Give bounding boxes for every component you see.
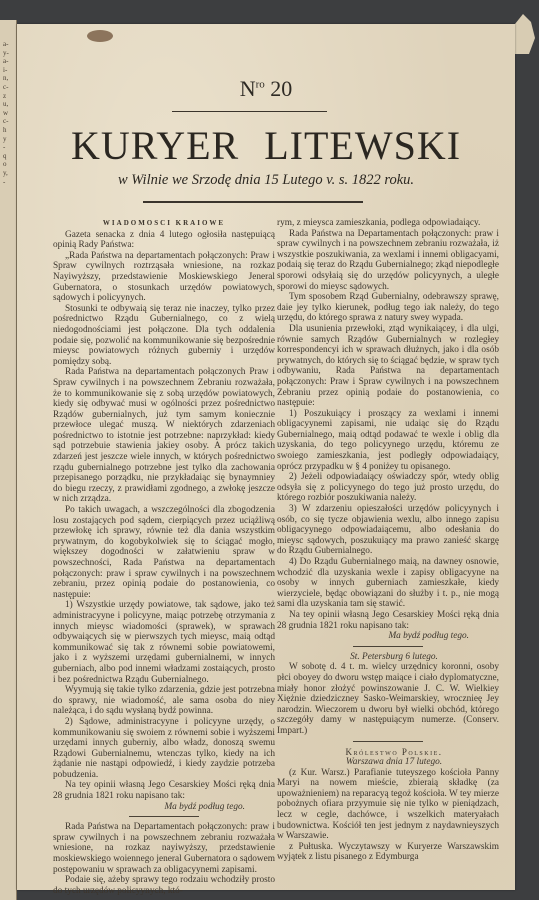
article-paragraph: Gazeta senacka z dnia 4 lutego ogłosiła …: [53, 230, 275, 251]
article-paragraph: 1) Poszukuiący i proszący za wexlami i i…: [277, 409, 499, 473]
right-column: rym, z mieysca zamieszkania, podlega odp…: [277, 218, 499, 863]
article-paragraph: Wyymują się takie tylko zdarzenia, gdzie…: [53, 685, 275, 717]
article-paragraph: 1) Wszystkie urzędy powiatowe, tak sądow…: [53, 600, 275, 685]
article-paragraph: 4) Do Rządu Gubernialnego maią, na dawne…: [277, 557, 499, 610]
article-paragraph: Podaie się, ażeby sprawy tego rodzaiu wc…: [53, 875, 275, 896]
article-paragraph: (z Kur. Warsz.) Parafianie tuteyszego ko…: [277, 768, 499, 842]
article-paragraph: 2) Sądowe, administracyyne i policyyne u…: [53, 717, 275, 781]
imperial-note: Na tey opinii własną Jego Cesarskiey Moś…: [53, 780, 275, 801]
article-separator: [129, 816, 199, 817]
petersburg-article: W sobotę d. 4 t. m. wielcy urzędnicy kor…: [277, 662, 499, 736]
article-paragraph: 3) W zdarzeniu opieszałości urzędów poli…: [277, 504, 499, 557]
article-paragraph: Po takich uwagach, a wszczególności dla …: [53, 505, 275, 600]
article-paragraph: Rada Państwa na departamentach połączony…: [53, 367, 275, 505]
imperial-signature: Ma bydź podług tego.: [53, 802, 275, 813]
masthead-rule-top: [172, 111, 327, 112]
petersburg-dateline: St. Petersburg 6 lutego.: [277, 652, 499, 663]
article-paragraph: Stosunki te odbywaią się teraz nie inacz…: [53, 304, 275, 368]
article-paragraph: Tym sposobem Rząd Gubernialny, odebrawsz…: [277, 292, 499, 324]
newspaper-page: Nro 20 KURYER LITEWSKI w Wilnie we Srzod…: [17, 24, 515, 890]
article-paragraph: Rada Państwa na Departamentach połączony…: [277, 229, 499, 293]
issue-number: Nro 20: [17, 76, 515, 102]
article-separator: [353, 741, 423, 742]
issue-number-prefix: N: [240, 76, 256, 101]
adjacent-page-edge: a- y- a- i- n, c- z u, w c- h y - q o y,…: [0, 20, 17, 900]
section-title-kingdom-of-poland: Królestwo Polskie.: [277, 747, 499, 758]
issue-number-value: 20: [270, 76, 292, 101]
torn-page-corner: [515, 14, 535, 54]
left-column: WIADOMOSCI KRAIOWE Gazeta senacka z dnia…: [53, 218, 275, 896]
issue-number-sup: ro: [256, 79, 265, 91]
article-paragraph: 2) Jeżeli odpowiadaiący oświadczy spór, …: [277, 472, 499, 504]
article-paragraph: rym, z mieysca zamieszkania, podlega odp…: [277, 218, 499, 229]
article-paragraph: „Rada Państwa na departamentach połączon…: [53, 251, 275, 304]
article-paragraph: Rada Państwa na Departamentach połączony…: [53, 822, 275, 875]
imperial-note: Na tey opinii własną Jego Cesarskiey Moś…: [277, 610, 499, 631]
ink-stain: [87, 30, 113, 42]
article-paragraph: Dla usunienia przewłoki, ztąd wynikaiące…: [277, 324, 499, 409]
article-paragraph: z Pułtuska. Wyczytawszy w Kuryerze Warsz…: [277, 842, 499, 863]
masthead-rule-bottom: [143, 201, 363, 203]
adjacent-page-text-fragments: a- y- a- i- n, c- z u, w c- h y - q o y,…: [0, 40, 16, 186]
newspaper-title: KURYER LITEWSKI: [17, 122, 515, 169]
imperial-signature: Ma bydź podług tego.: [277, 631, 499, 642]
section-title-domestic-news: WIADOMOSCI KRAIOWE: [53, 218, 275, 229]
article-separator: [353, 646, 423, 647]
warsaw-dateline: Warszawa dnia 17 lutego.: [277, 757, 499, 768]
issue-dateline: w Wilnie we Srzodę dnia 15 Lutego v. s. …: [17, 172, 515, 189]
